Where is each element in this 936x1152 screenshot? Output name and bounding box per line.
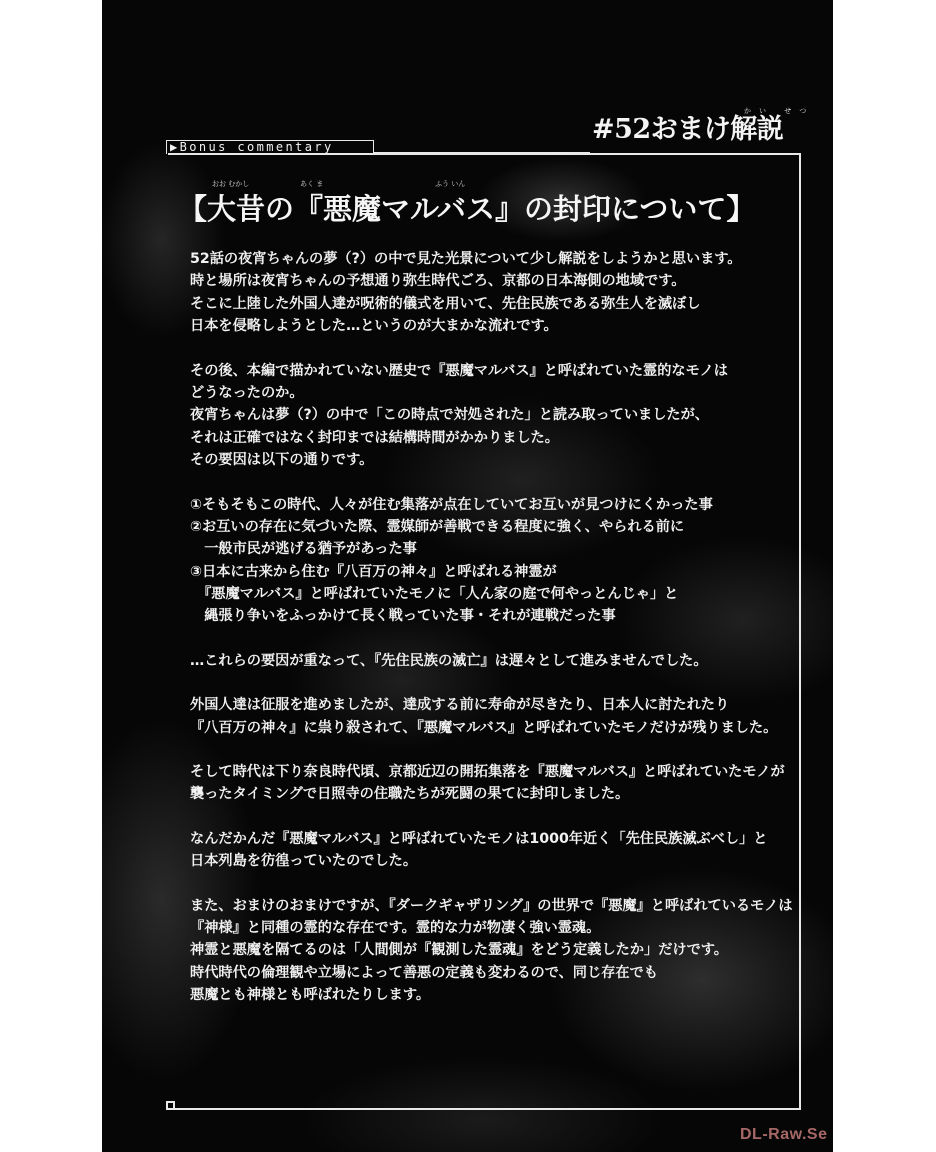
text-line: …これらの要因が重なって、『先住民族の滅亡』は遅々として進みませんでした。 bbox=[190, 648, 810, 670]
text-line: 悪魔とも神様とも呼ばれたりします。 bbox=[190, 982, 810, 1004]
paragraph-delay: …これらの要因が重なって、『先住民族の滅亡』は遅々として進みませんでした。 bbox=[190, 648, 810, 670]
commentary-body: 52話の夜宵ちゃんの夢（?）の中で見た光景について少し解説をしようかと思います。… bbox=[190, 246, 810, 1005]
text-line: 外国人達は征服を進めましたが、達成する前に寿命が尽きたり、日本人に討たれたり bbox=[190, 692, 810, 714]
section-heading: 【大昔の『悪魔マルバス』の封印について】 bbox=[178, 187, 755, 231]
paragraph-reasons-list: ①そもそもこの時代、人々が住む集落が点在していてお互いが見つけにくかった事 ②お… bbox=[190, 492, 810, 626]
text-line: そして時代は下り奈良時代頃、京都近辺の開拓集落を『悪魔マルバス』と呼ばれていたモ… bbox=[190, 759, 810, 781]
paragraph-intro: 52話の夜宵ちゃんの夢（?）の中で見た光景について少し解説をしようかと思います。… bbox=[190, 246, 810, 336]
text-line: 時と場所は夜宵ちゃんの予想通り弥生時代ごろ、京都の日本海側の地域です。 bbox=[190, 268, 810, 290]
frame-border-top bbox=[168, 153, 801, 155]
paragraph-aftermath: その後、本編で描かれていない歴史で『悪魔マルバス』と呼ばれていた霊的なモノは ど… bbox=[190, 358, 810, 470]
list-item: ②お互いの存在に気づいた際、霊媒師が善戦できる程度に強く、やられる前に bbox=[190, 514, 810, 536]
text-line: そこに上陸した外国人達が呪術的儀式を用いて、先住民族である弥生人を滅ぼし bbox=[190, 291, 810, 313]
frame-border-bottom bbox=[166, 1108, 801, 1110]
text-line: 『八百万の神々』に祟り殺されて、『悪魔マルバス』と呼ばれていたモノだけが残りまし… bbox=[190, 715, 810, 737]
text-line: なんだかんだ『悪魔マルバス』と呼ばれていたモノは1000年近く「先住民族滅ぶべし… bbox=[190, 826, 810, 848]
list-item-continued: 『悪魔マルバス』と呼ばれていたモノに「人ん家の庭で何やっとんじゃ」と bbox=[190, 581, 810, 603]
text-line: 52話の夜宵ちゃんの夢（?）の中で見た光景について少し解説をしようかと思います。 bbox=[190, 246, 810, 268]
paragraph-conquest: 外国人達は征服を進めましたが、達成する前に寿命が尽きたり、日本人に討たれたり 『… bbox=[190, 692, 810, 737]
text-line: 神霊と悪魔を隔てるのは「人間側が『観測した霊魂』をどう定義したか」だけです。 bbox=[190, 937, 810, 959]
list-item-continued: 縄張り争いをふっかけて長く戦っていた事・それが連戦だった事 bbox=[190, 603, 810, 625]
bonus-commentary-tag: ▶Bonus commentary bbox=[166, 140, 374, 154]
frame-corner-ornament bbox=[166, 1101, 175, 1108]
watermark: DL-Raw.Se bbox=[740, 1126, 827, 1144]
text-line: 夜宵ちゃんは夢（?）の中で「この時点で対処された」と読み取っていましたが、 bbox=[190, 402, 810, 424]
text-line: 日本を侵略しようとした…というのが大まかな流れです。 bbox=[190, 313, 810, 335]
list-item: ③日本に古来から住む『八百万の神々』と呼ばれる神霊が bbox=[190, 559, 810, 581]
text-line: それは正確ではなく封印までは結構時間がかかりました。 bbox=[190, 425, 810, 447]
text-line: 日本列島を彷徨っていたのでした。 bbox=[190, 848, 810, 870]
text-line: その要因は以下の通りです。 bbox=[190, 447, 810, 469]
paragraph-wandering: なんだかんだ『悪魔マルバス』と呼ばれていたモノは1000年近く「先住民族滅ぶべし… bbox=[190, 826, 810, 871]
text-line: 時代時代の倫理観や立場によって善悪の定義も変わるので、同じ存在でも bbox=[190, 960, 810, 982]
text-line: 『神様』と同種の霊的な存在です。霊的な力が物凄く強い霊魂。 bbox=[190, 915, 810, 937]
text-line: また、おまけのおまけですが、『ダークギャザリング』の世界で『悪魔』と呼ばれている… bbox=[190, 893, 810, 915]
list-item-continued: 一般市民が逃げる猶予があった事 bbox=[190, 536, 810, 558]
text-line: その後、本編で描かれていない歴史で『悪魔マルバス』と呼ばれていた霊的なモノは bbox=[190, 358, 810, 380]
episode-title: #52おまけ解説 bbox=[592, 112, 783, 148]
list-item: ①そもそもこの時代、人々が住む集落が点在していてお互いが見つけにくかった事 bbox=[190, 492, 810, 514]
text-line: どうなったのか。 bbox=[190, 380, 810, 402]
text-line: 襲ったタイミングで日照寺の住職たちが死闘の果てに封印しました。 bbox=[190, 781, 810, 803]
paragraph-nara-seal: そして時代は下り奈良時代頃、京都近辺の開拓集落を『悪魔マルバス』と呼ばれていたモ… bbox=[190, 759, 810, 804]
paragraph-extra-note: また、おまけのおまけですが、『ダークギャザリング』の世界で『悪魔』と呼ばれている… bbox=[190, 893, 810, 1005]
